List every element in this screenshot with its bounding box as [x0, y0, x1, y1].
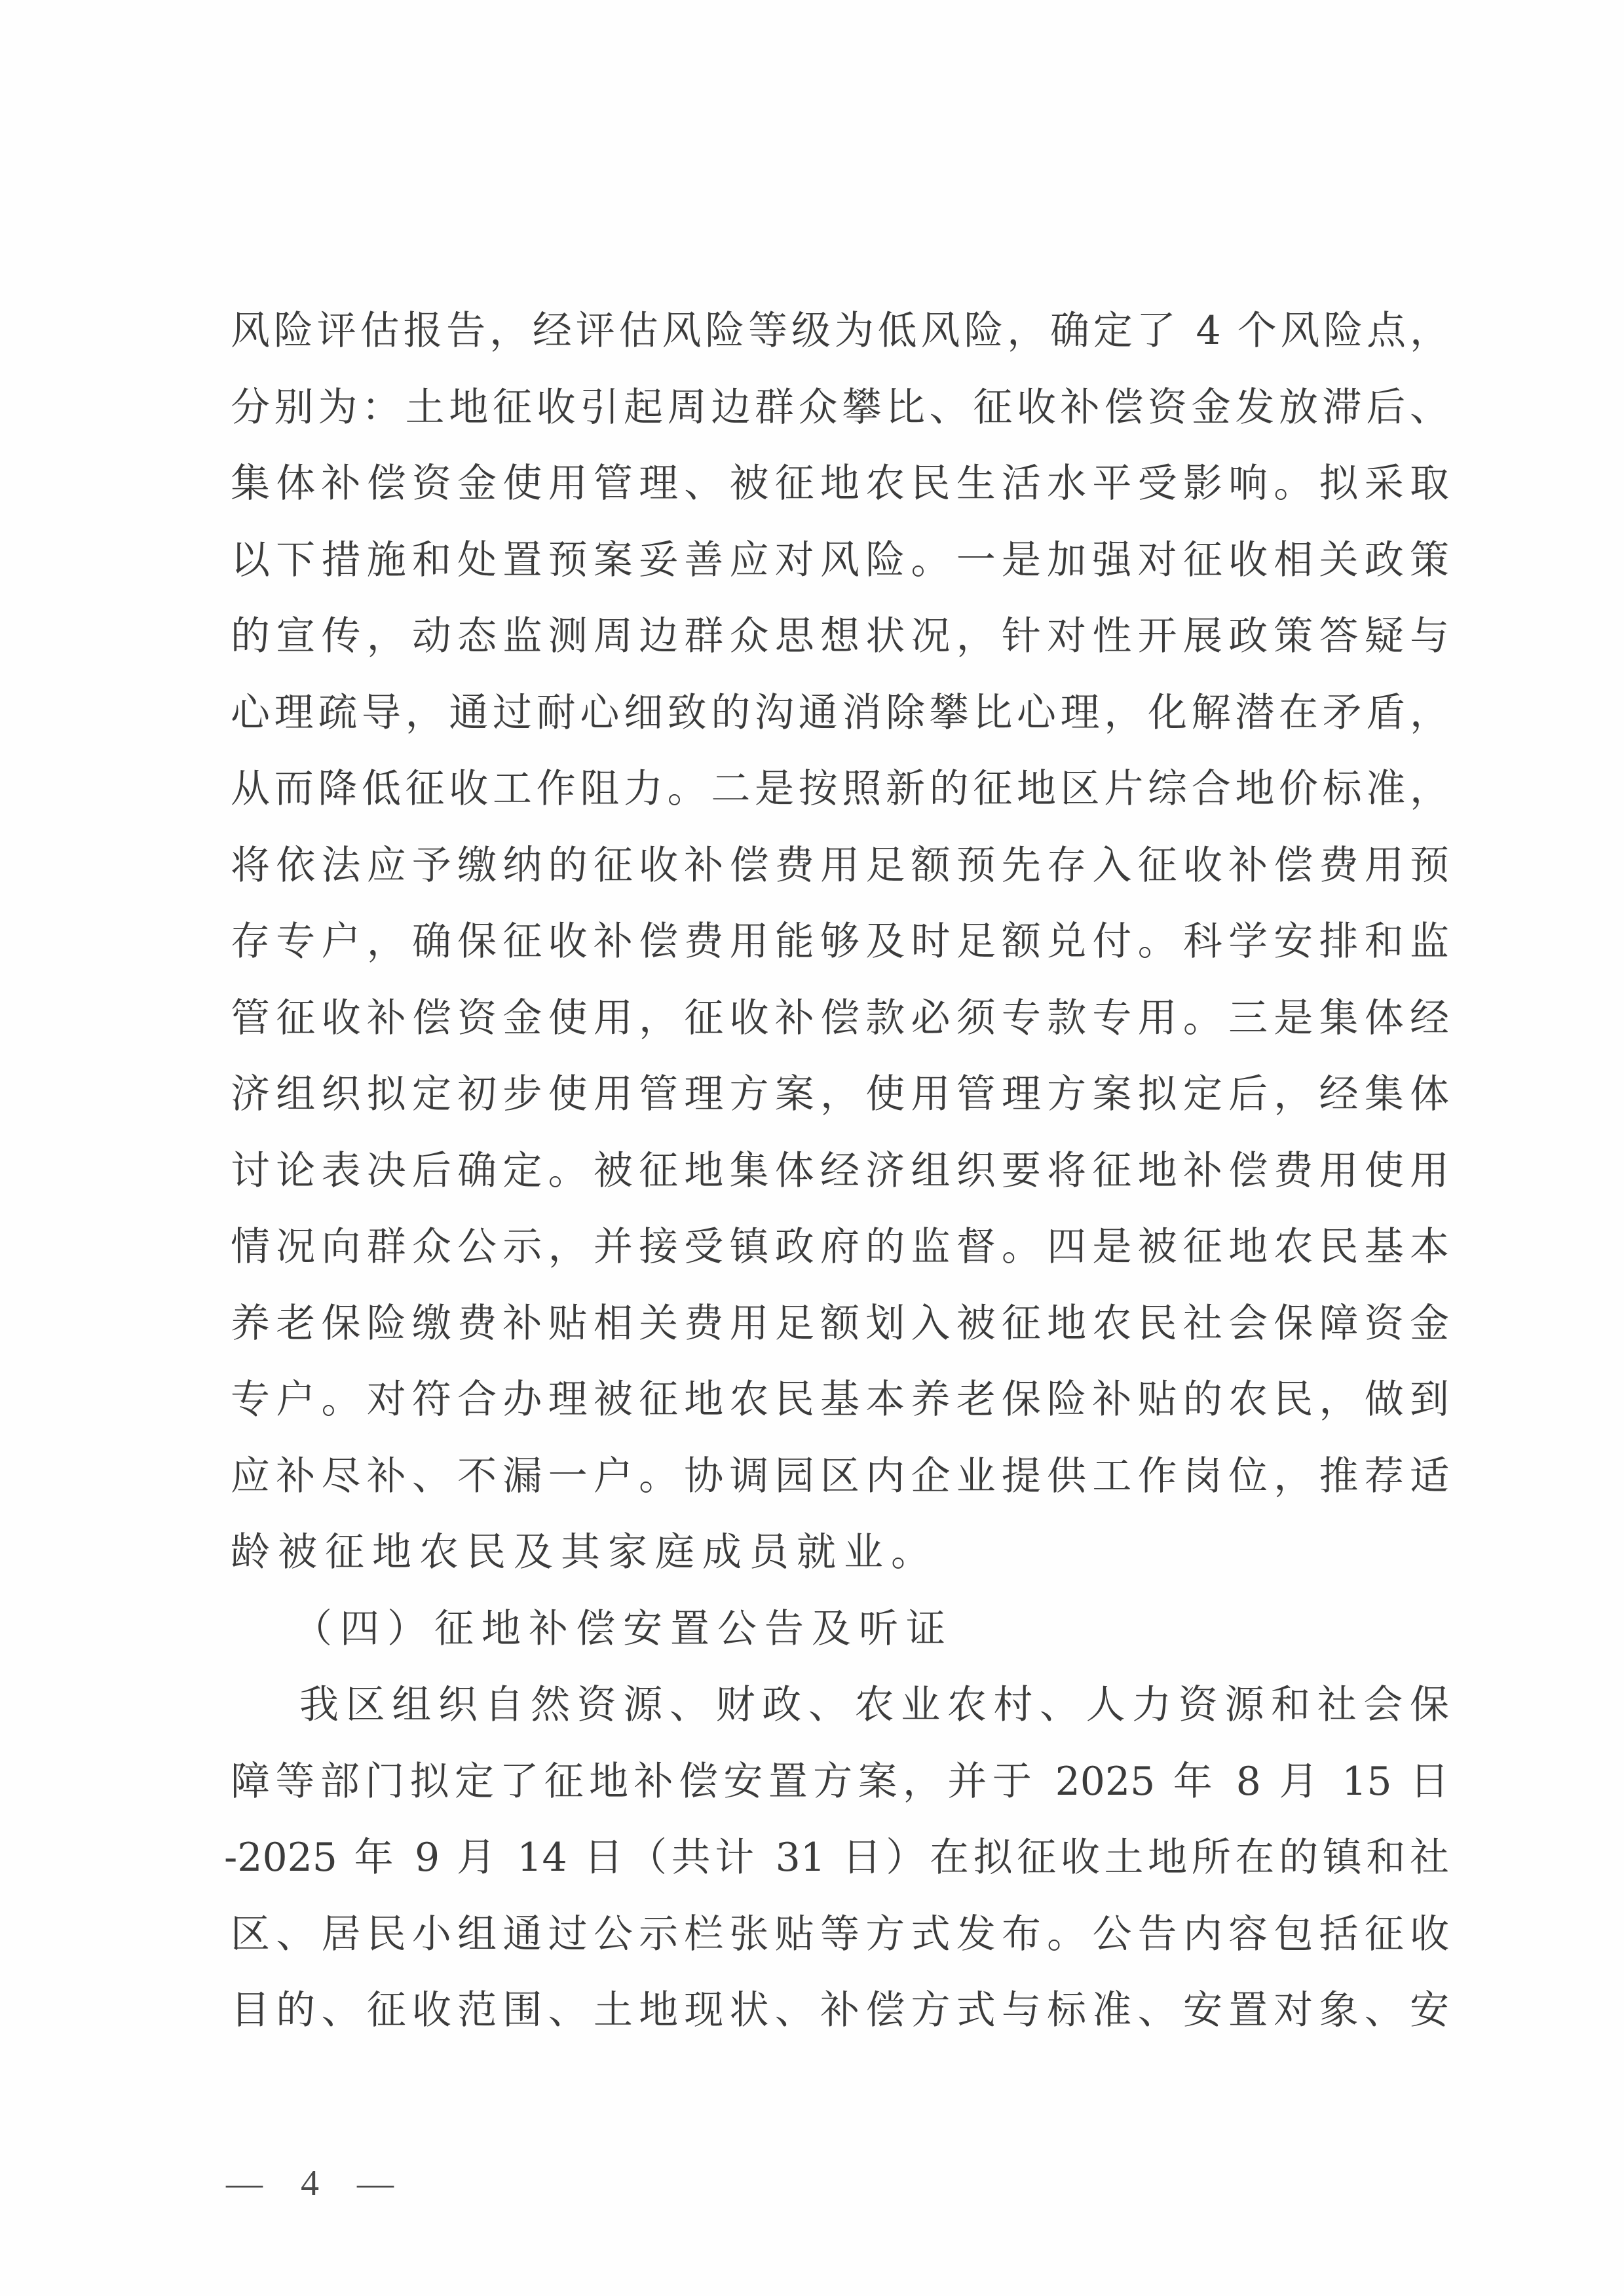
paragraph-line: 应补尽补、不漏一户。协调园区内企业提供工作岗位，推荐适 — [231, 1438, 1449, 1515]
section-heading: （四）征地补偿安置公告及听证 — [231, 1591, 1449, 1668]
page-number: — 4 — — [226, 2162, 408, 2204]
paragraph-line: 养老保险缴费补贴相关费用足额划入被征地农民社会保障资金 — [231, 1286, 1449, 1362]
paragraph-line: 心理疏导，通过耐心细致的沟通消除攀比心理，化解潜在矛盾， — [231, 675, 1449, 752]
paragraph-line: 的宣传，动态监测周边群众思想状况，针对性开展政策答疑与 — [231, 598, 1449, 675]
paragraph-line: 济组织拟定初步使用管理方案，使用管理方案拟定后，经集体 — [231, 1056, 1449, 1133]
paragraph-line: 存专户，确保征收补偿费用能够及时足额兑付。科学安排和监 — [231, 904, 1449, 980]
paragraph-line: 以下措施和处置预案妥善应对风险。一是加强对征收相关政策 — [231, 522, 1449, 599]
body-text: 风险评估报告，经评估风险等级为低风险，确定了 4 个风险点， 分别为：土地征收引… — [231, 293, 1449, 2049]
paragraph-line: 集体补偿资金使用管理、被征地农民生活水平受影响。拟采取 — [231, 446, 1449, 522]
paragraph-line: 将依法应予缴纳的征收补偿费用足额预先存入征收补偿费用预 — [231, 828, 1449, 904]
section-paragraph-line: -2025 年 9 月 14 日（共计 31 日）在拟征收土地所在的镇和社 — [224, 1820, 1449, 1896]
paragraph-line: 讨论表决后确定。被征地集体经济组织要将征地补偿费用使用 — [231, 1133, 1449, 1210]
paragraph-line: 风险评估报告，经评估风险等级为低风险，确定了 4 个风险点， — [231, 293, 1449, 370]
paragraph-last-line: 龄被征地农民及其家庭成员就业。 — [231, 1514, 1449, 1591]
section-paragraph-line: 目的、征收范围、土地现状、补偿方式与标准、安置对象、安 — [231, 1972, 1449, 2049]
section-paragraph-first-line: 我区组织自然资源、财政、农业农村、人力资源和社会保 — [231, 1667, 1449, 1744]
paragraph-line: 情况向群众公示，并接受镇政府的监督。四是被征地农民基本 — [231, 1209, 1449, 1286]
paragraph-line: 管征收补偿资金使用，征收补偿款必须专款专用。三是集体经 — [231, 980, 1449, 1057]
section-paragraph-line: 障等部门拟定了征地补偿安置方案，并于 2025 年 8 月 15 日 — [231, 1744, 1449, 1820]
document-page: 风险评估报告，经评估风险等级为低风险，确定了 4 个风险点， 分别为：土地征收引… — [0, 0, 1624, 2296]
paragraph-line: 分别为：土地征收引起周边群众攀比、征收补偿资金发放滞后、 — [231, 370, 1449, 446]
paragraph-line: 专户。对符合办理被征地农民基本养老保险补贴的农民，做到 — [231, 1362, 1449, 1438]
section-paragraph-line: 区、居民小组通过公示栏张贴等方式发布。公告内容包括征收 — [231, 1896, 1449, 1973]
paragraph-line: 从而降低征收工作阻力。二是按照新的征地区片综合地价标准， — [231, 751, 1449, 828]
